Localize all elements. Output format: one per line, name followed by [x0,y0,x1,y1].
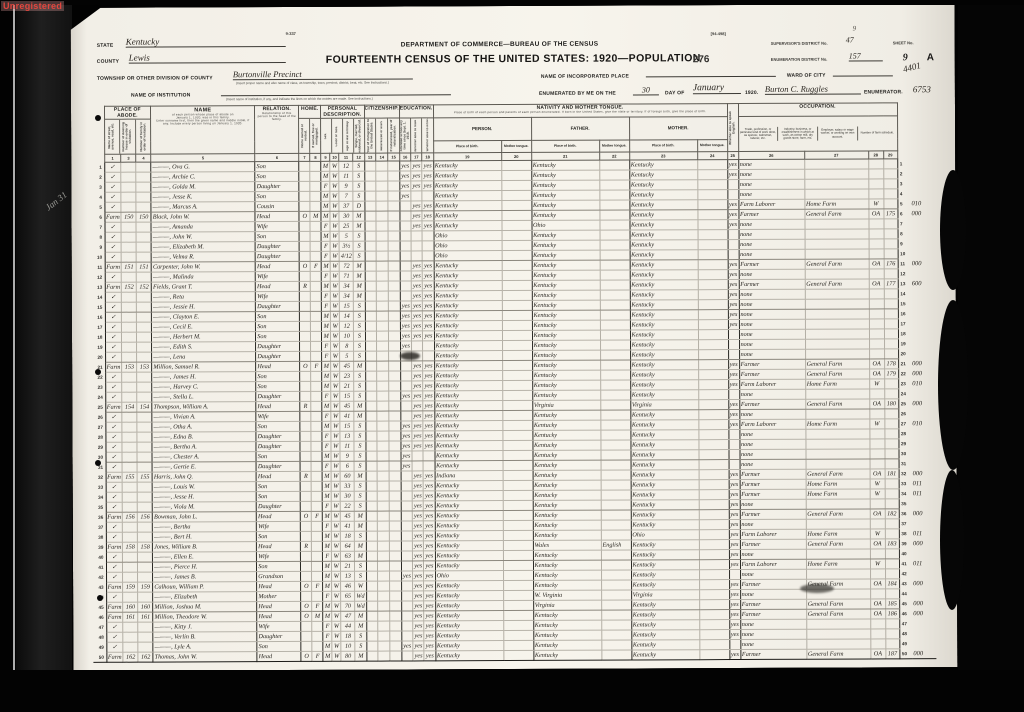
cell-ab: ✓ [104,222,121,232]
cell-c3 [390,601,402,611]
cell-ms: M [353,271,364,281]
cell-fs: 187 [885,649,899,659]
cell-en: yes [728,220,739,230]
cell-cd [911,329,935,339]
cell-c2 [378,651,390,661]
cell-ft [599,180,629,190]
cell-rd: yes [413,621,424,631]
cell-oc: Farmer [739,359,805,369]
cell-ms: S [354,491,365,501]
cell-mt [699,600,729,610]
cell-pt [503,460,533,470]
cell-mt [699,630,729,640]
cell-cl: W [331,421,340,431]
cell-n: 9 [92,242,105,252]
cell-in [806,519,870,529]
cell-cd [911,339,935,349]
cell-fs [884,409,898,419]
cell-o [299,271,310,281]
cell-rl: Son [257,641,301,651]
cell-oc: none [739,329,805,339]
cell-in [805,219,869,229]
cell-ms: S [354,381,365,391]
cell-rn: 13 [898,279,911,289]
cell-ft [601,620,631,630]
cell-ms: S [354,501,365,511]
cell-nm: Harris, John Q. [152,472,256,482]
cell-fs [883,199,897,209]
cell-ag: 5 [339,231,353,241]
cell-c1 [365,261,377,271]
cell-m: M [312,611,323,621]
cell-cl: W [332,631,341,641]
cell-rl: Daughter [255,251,299,261]
cell-rl: Daughter [256,441,300,451]
cell-cl: W [332,551,341,561]
cell-ag: 4/12 [339,251,353,261]
cell-sx: M [322,481,331,491]
cell-c1 [366,611,378,621]
cell-s [400,241,411,251]
cell-d: 162 [123,652,138,662]
cell-ag: 37 [339,201,353,211]
cell-ms: S [353,171,364,181]
cell-ag: 11 [339,171,353,181]
cell-ag: 80 [341,651,355,661]
cell-in [805,319,869,329]
cell-s [402,621,413,631]
cell-pt [502,230,532,240]
cell-em [870,459,885,469]
cell-wr: yes [423,471,434,481]
cell-c3 [389,381,401,391]
cell-mt [699,550,729,560]
cell-rd: yes [412,331,423,341]
cell-mb: Kentucky [631,480,699,490]
cell-d [122,332,137,342]
cell-ms: M [355,611,366,621]
cell-fs: 177 [884,279,898,289]
column-number: 6 [255,153,299,161]
cell-o [300,491,311,501]
cell-ag: 45 [341,511,355,521]
cell-ms: M [354,361,365,371]
cell-c1 [366,461,378,471]
cell-fs [885,589,899,599]
cell-f [137,502,152,512]
cell-c2 [377,431,389,441]
cell-f [136,242,151,252]
cell-n: 35 [93,502,106,512]
cell-en: yes [729,620,740,630]
cell-f [137,292,152,302]
cell-n: 11 [92,262,105,272]
cell-cl: W [332,531,341,541]
cell-rd [412,451,423,461]
cell-ab: ✓ [105,372,122,382]
cell-ag: 21 [341,561,355,571]
cell-cl: W [332,561,341,571]
cell-cd [912,449,936,459]
cell-fb: Kentucky [533,630,601,640]
cell-cd: 011 [912,559,936,569]
cell-o [300,341,311,351]
cell-pt [502,410,532,420]
cell-c2 [377,481,389,491]
cell-rd: yes [412,441,423,451]
cell-s: yes [401,451,412,461]
cell-n: 43 [93,582,106,592]
cell-wr: yes [423,361,434,371]
cell-c3 [389,531,401,541]
cell-mb: Kentucky [630,300,698,310]
cell-c2 [377,351,389,361]
cell-sx: M [322,421,331,431]
cell-c1 [365,401,377,411]
cell-wr: yes [424,551,435,561]
cell-en: yes [728,370,739,380]
cell-mb: Kentucky [631,570,699,580]
cell-em [870,569,885,579]
cell-c2 [378,641,390,651]
cell-sx: M [323,601,332,611]
cell-f [138,592,153,602]
cell-wr: yes [423,331,434,341]
cell-cd: 000 [912,469,936,479]
cell-m [311,431,322,441]
cell-mb: Kentucky [631,630,699,640]
cell-s [400,261,411,271]
cell-c1 [365,331,377,341]
cell-c3 [388,231,400,241]
cell-cl: W [332,511,341,521]
cell-ab: ✓ [105,342,122,352]
cell-m [311,501,322,511]
column-number: 11 [339,153,353,161]
cell-mb: Kentucky [629,160,697,170]
cell-o: O [299,261,310,271]
cell-mt [698,430,728,440]
cell-wr: yes [424,641,435,651]
cell-o [301,621,312,631]
cell-pt [502,380,532,390]
cell-fs [884,429,898,439]
cell-in: General Farm [806,599,870,609]
cell-in: General Farm [806,649,870,659]
cell-d: 155 [122,472,137,482]
cell-fs [884,239,898,249]
cell-f [137,302,152,312]
cell-bp: Kentucky [435,541,503,551]
cell-sx: M [321,171,330,181]
cell-d [123,572,138,582]
cell-d [122,372,137,382]
cell-ft [601,450,631,460]
cell-oc: Farmer [739,369,805,379]
cell-pt [503,520,533,530]
cell-oc: none [740,459,806,469]
cell-o [300,381,311,391]
cell-rl: Daughter [256,391,300,401]
cell-cd: 000 [911,259,935,269]
cell-ft [601,500,631,510]
cell-cl: W [331,501,340,511]
cell-oc: none [739,229,805,239]
cell-m: F [312,601,323,611]
cell-mt [697,190,727,200]
cell-mb: Kentucky [631,490,699,500]
cell-rd: yes [413,611,424,621]
cell-mb: Virginia [630,400,698,410]
cell-pt [503,620,533,630]
cell-em [869,319,884,329]
cell-c2 [377,381,389,391]
cell-fs [885,549,899,559]
cell-f [137,392,152,402]
cell-c3 [389,431,401,441]
cell-c2 [376,201,388,211]
cell-rd: yes [412,481,423,491]
cell-cd [912,499,936,509]
cell-mt [697,200,727,210]
cell-mb: Kentucky [631,460,699,470]
cell-ag: 25 [339,221,353,231]
cell-c2 [376,211,388,221]
cell-rn: 21 [898,359,911,369]
cell-em: W [870,479,885,489]
cell-fs: 181 [885,469,899,479]
cell-nm: ———, Pierce H. [153,562,257,572]
cell-c1 [365,231,377,241]
cell-mt [699,510,729,520]
cell-rl: Head [257,541,301,551]
cell-o [299,191,310,201]
enumerator-label: ENUMERATOR. [864,89,903,95]
cell-s: yes [400,341,411,351]
cell-en: yes [727,200,738,210]
cell-fb: Kentucky [532,330,600,340]
enumeration-month: January [693,83,741,94]
cell-cd: 010 [911,379,935,389]
cell-s [400,371,411,381]
cell-em: W [870,559,885,569]
cell-o [300,481,311,491]
cell-c1 [365,221,377,231]
cell-ft [600,430,630,440]
cell-nm: ———, Ova G. [151,162,255,172]
cell-ag: 6 [340,461,354,471]
cell-m [312,541,323,551]
cell-rl: Head [255,261,299,271]
cell-nm: ———, Verlin B. [153,632,257,642]
cell-nm: ———, Ellen E. [153,552,257,562]
cell-mt [698,290,728,300]
township-label: TOWNSHIP OR OTHER DIVISION OF COUNTY [97,75,213,82]
cell-mb: Kentucky [630,280,698,290]
cell-cl: W [331,301,340,311]
cell-c2 [378,541,390,551]
cell-em: OA [869,359,884,369]
cell-rn: 22 [898,369,911,379]
cell-rn: 27 [898,419,911,429]
cell-o [299,251,310,261]
cell-fs [885,459,899,469]
cell-c3 [388,251,400,261]
cell-n: 32 [93,472,106,482]
cell-c1 [366,541,378,551]
cell-m [312,521,323,531]
cell-m [310,201,321,211]
cell-ft [599,210,629,220]
cell-c1 [366,591,378,601]
cell-bp: Kentucky [434,321,502,331]
cell-sx: F [323,591,332,601]
cell-oc: none [739,319,805,329]
cell-cd [911,219,935,229]
cell-cd: 000 [912,649,936,659]
cell-cd: 000 [912,509,936,519]
cell-bp: Kentucky [435,551,503,561]
cell-ft [601,630,631,640]
cell-ft [600,220,630,230]
cell-fb: Kentucky [532,230,600,240]
cell-em [869,389,884,399]
page-stamp: 276 [693,54,710,65]
cell-cl: W [331,321,340,331]
cell-em: OA [869,399,884,409]
cell-nm: Thomas, John W. [153,652,257,662]
cell-rd [411,251,422,261]
cell-m [311,421,322,431]
cell-en: yes [729,600,740,610]
cell-c3 [388,221,400,231]
cell-c3 [390,651,402,661]
county-value: Lewis [129,52,286,64]
cell-mb: Kentucky [630,340,698,350]
cell-bp: Ohio [434,241,502,251]
cell-cd: 000 [912,599,936,609]
cell-s [402,631,413,641]
header-speak-english: Whether able to speak English. [727,104,738,152]
cell-rn: 44 [899,589,912,599]
cell-oc: none [740,639,806,649]
cell-nm: ———, Otha A. [152,422,256,432]
cell-ms: S [355,531,366,541]
column-number: 22 [599,152,629,160]
cell-sx: F [322,501,331,511]
cell-em: W [869,379,884,389]
cell-mt [698,400,728,410]
cell-en: yes [729,520,740,530]
cell-fs [885,569,899,579]
cell-bp: Kentucky [435,531,503,541]
cell-o [299,201,310,211]
cell-wr: yes [423,481,434,491]
cell-c3 [388,201,400,211]
cell-en: yes [728,310,739,320]
cell-ag: 15 [340,421,354,431]
cell-o [299,181,310,191]
cell-em [870,639,885,649]
cell-o [299,231,310,241]
cell-n: 48 [93,632,106,642]
cell-m [311,481,322,491]
cell-mb: Kentucky [629,180,697,190]
cell-d [122,422,137,432]
cell-c1 [366,561,378,571]
cell-mt [699,530,729,540]
cell-ab: ✓ [106,642,123,652]
column-number: 15 [388,153,400,161]
cell-rn: 11 [898,259,911,269]
year-label: 1920. [745,90,759,96]
cell-ft [600,240,630,250]
cell-cl: W [330,221,339,231]
cell-oc: none [739,389,805,399]
cell-ms: M [354,411,365,421]
cell-pt [502,260,532,270]
cell-mt [698,280,728,290]
cell-mb: Kentucky [630,310,698,320]
cell-fs [883,179,897,189]
cell-n: 13 [92,282,105,292]
cell-mb: Kentucky [629,210,697,220]
cell-m [311,391,322,401]
cell-rn: 39 [899,539,912,549]
cell-fs: 184 [885,579,899,589]
cell-ms: S [353,241,364,251]
cell-o [301,531,312,541]
cell-ab: ✓ [105,242,122,252]
cell-s: yes [400,311,411,321]
cell-bp: Kentucky [434,271,502,281]
cell-cd [911,409,935,419]
cell-cd [910,189,934,199]
cell-en [729,570,740,580]
cell-in [805,249,869,259]
cell-ft [601,550,631,560]
cell-ft [601,650,631,660]
cell-rl: Head [257,611,301,621]
cell-ag: 7 [339,191,353,201]
header-person-tongue: Mother tongue. [501,140,531,152]
cell-d: 154 [122,402,137,412]
cell-c3 [389,371,401,381]
cell-cd: 011 [912,529,936,539]
cell-c1 [365,411,377,421]
cell-c3 [389,361,401,371]
cell-d: 159 [123,582,138,592]
cell-c2 [378,591,390,601]
cell-en [727,190,738,200]
cell-cd: 011 [912,479,936,489]
cell-c3 [388,191,400,201]
cell-cd [912,629,936,639]
cell-rn: 32 [899,469,912,479]
cell-c1 [365,281,377,291]
cell-cl: W [331,311,340,321]
cell-in [804,159,868,169]
cell-rd: yes [411,261,422,271]
cell-c1 [365,351,377,361]
cell-fs [884,289,898,299]
cell-bp: Kentucky [435,561,503,571]
cell-fs [885,449,899,459]
cell-in [806,499,870,509]
cell-ab: ✓ [104,162,121,172]
cell-en [728,440,739,450]
cell-o [301,551,312,561]
